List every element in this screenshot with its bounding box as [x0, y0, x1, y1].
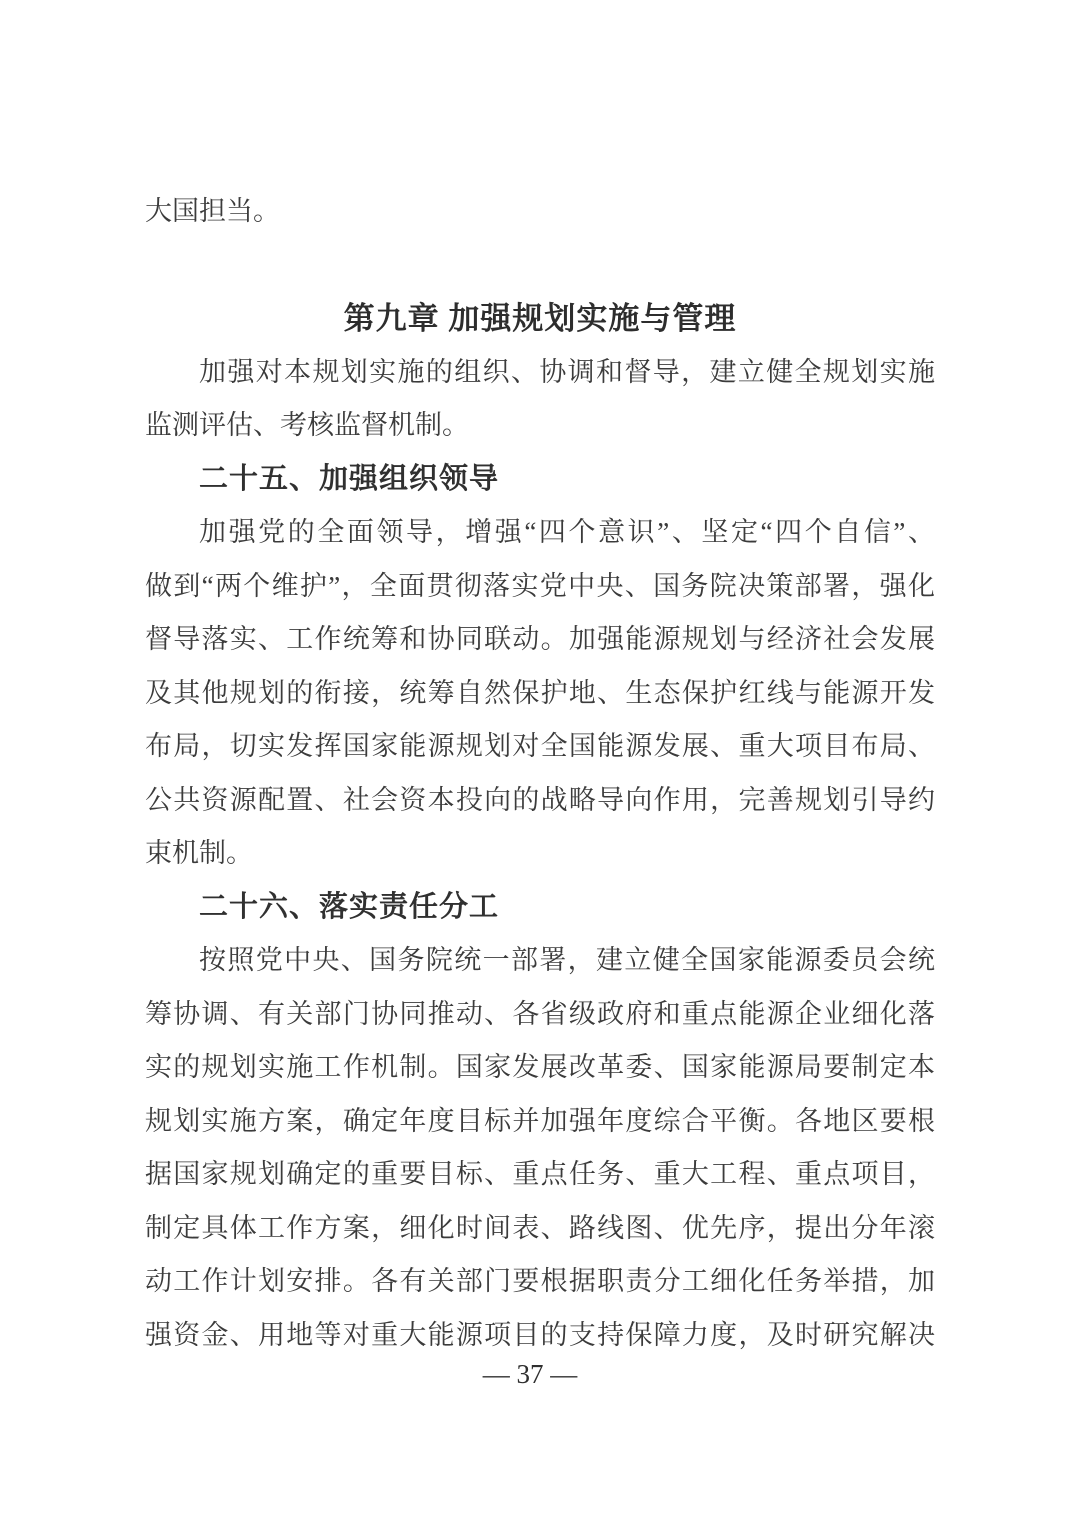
section-26-line: 强资金、用地等对重大能源项目的支持保障力度，及时研究解决	[145, 1309, 935, 1363]
section-26-line: 规划实施方案，确定年度目标并加强年度综合平衡。各地区要根	[145, 1095, 935, 1149]
section-25-line: 布局，切实发挥国家能源规划对全国能源发展、重大项目布局、	[145, 720, 935, 774]
section-26-line: 实的规划实施工作机制。国家发展改革委、国家能源局要制定本	[145, 1041, 935, 1095]
section-25-line: 做到“两个维护”，全面贯彻落实党中央、国务院决策部署，强化	[145, 560, 935, 614]
section-25-line: 加强党的全面领导，增强“四个意识”、坚定“四个自信”、	[145, 506, 935, 560]
document-body: 大国担当。 第九章 加强规划实施与管理 加强对本规划实施的组织、协调和督导，建立…	[145, 185, 935, 1362]
section-26-line: 筹协调、有关部门协同推动、各省级政府和重点能源企业细化落	[145, 988, 935, 1042]
section-25-line: 督导落实、工作统筹和协同联动。加强能源规划与经济社会发展	[145, 613, 935, 667]
intro-line: 加强对本规划实施的组织、协调和督导，建立健全规划实施	[145, 346, 935, 400]
section-25-line: 束机制。	[145, 827, 935, 881]
document-page: 大国担当。 第九章 加强规划实施与管理 加强对本规划实施的组织、协调和督导，建立…	[0, 0, 1080, 1527]
page-number: — 37 —	[0, 1356, 1060, 1392]
section-26-heading: 二十六、落实责任分工	[145, 881, 935, 935]
section-26-line: 制定具体工作方案，细化时间表、路线图、优先序，提出分年滚	[145, 1202, 935, 1256]
section-26-line: 据国家规划确定的重要目标、重点任务、重大工程、重点项目，	[145, 1148, 935, 1202]
blank-line	[145, 239, 935, 293]
section-25-line: 及其他规划的衔接，统筹自然保护地、生态保护红线与能源开发	[145, 667, 935, 721]
chapter-heading: 第九章 加强规划实施与管理	[145, 292, 935, 346]
paragraph-continuation-line: 大国担当。	[145, 185, 935, 239]
section-26-line: 动工作计划安排。各有关部门要根据职责分工细化任务举措，加	[145, 1255, 935, 1309]
section-25-line: 公共资源配置、社会资本投向的战略导向作用，完善规划引导约	[145, 774, 935, 828]
intro-line: 监测评估、考核监督机制。	[145, 399, 935, 453]
section-25-heading: 二十五、加强组织领导	[145, 453, 935, 507]
section-26-line: 按照党中央、国务院统一部署，建立健全国家能源委员会统	[145, 934, 935, 988]
